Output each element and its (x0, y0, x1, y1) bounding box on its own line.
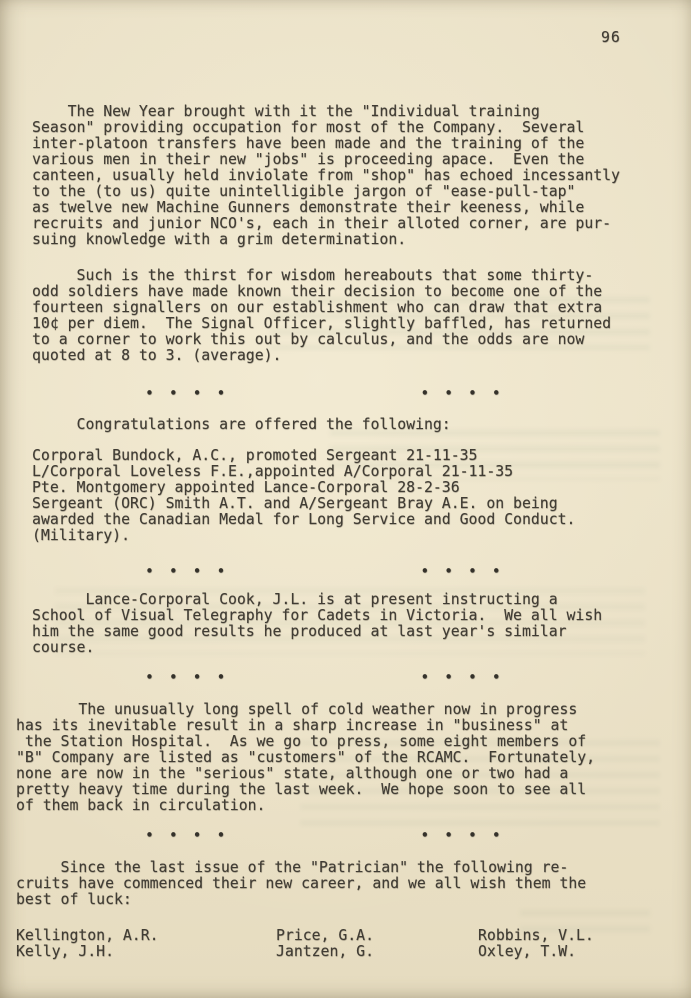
separator-dots-left: • • • • (145, 670, 228, 686)
section-separator: • • • • • • • • (32, 564, 691, 580)
paragraph-new-year-training: The New Year brought with it the "Indivi… (32, 104, 691, 248)
separator-dots-right: • • • • (420, 386, 503, 402)
separator-dots-right: • • • • (420, 828, 503, 844)
congratulations-heading: Congratulations are offered the followin… (32, 417, 691, 433)
separator-dots-right: • • • • (420, 564, 503, 580)
separator-dots-left: • • • • (145, 386, 228, 402)
section-separator: • • • • • • • • (32, 670, 691, 686)
paragraph-cook-telegraphy: Lance-Corporal Cook, J.L. is at present … (32, 592, 691, 656)
separator-dots-left: • • • • (145, 564, 228, 580)
paragraph-cold-weather: The unusually long spell of cold weather… (16, 702, 691, 814)
page-number: 96 (601, 30, 621, 46)
recruits-column-1: Kellington, A.R. Kelly, J.H. (16, 928, 276, 960)
section-separator: • • • • • • • • (32, 386, 691, 402)
recruits-name-table: Kellington, A.R. Kelly, J.H. Price, G.A.… (16, 928, 691, 960)
recruits-column-3: Robbins, V.L. Oxley, T.W. (478, 928, 691, 960)
page-body: The New Year brought with it the "Indivi… (0, 104, 691, 960)
scanned-document-page: { "page": { "number": "96" }, "ornament"… (0, 0, 691, 998)
recruits-column-2: Price, G.A. Jantzen, G. (276, 928, 478, 960)
section-separator: • • • • • • • • (32, 828, 691, 844)
separator-dots-right: • • • • (420, 670, 503, 686)
paragraph-recruits-intro: Since the last issue of the "Patrician" … (16, 860, 691, 908)
paragraph-signallers: Such is the thirst for wisdom hereabouts… (32, 268, 691, 364)
promotions-list: Corporal Bundock, A.C., promoted Sergean… (32, 448, 691, 544)
separator-dots-left: • • • • (145, 828, 228, 844)
